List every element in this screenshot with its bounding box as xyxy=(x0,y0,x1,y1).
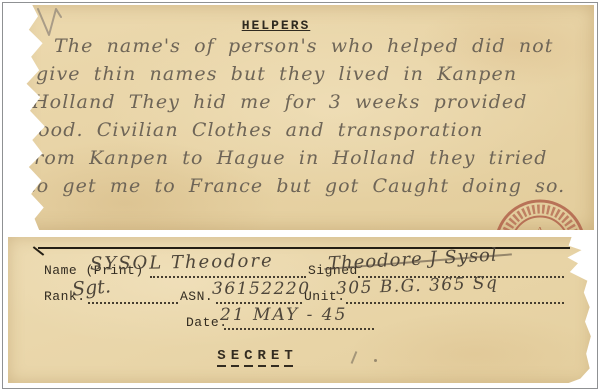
declassification-stamp-icon: A xyxy=(490,195,590,230)
date-value: 21 MAY - 45 xyxy=(220,305,347,325)
date-dotted-line xyxy=(224,326,374,330)
statement-line: The name's of person's who helped did no… xyxy=(54,32,584,60)
classification-secret: SECRET xyxy=(155,348,355,367)
rank-dotted-line xyxy=(88,300,178,304)
statement-line: give thin names but they lived in Kanpen xyxy=(36,60,584,88)
statement-line: from Kanpen to Hague in Holland they tir… xyxy=(26,144,584,172)
pencil-dot-mark xyxy=(374,359,377,362)
asn-value: 36152220 xyxy=(212,279,311,299)
asn-label: ASN. xyxy=(180,289,213,304)
rank-value: Sgt. xyxy=(71,275,112,300)
document-title: HELPERS xyxy=(22,18,562,33)
name-dotted-line xyxy=(150,274,306,278)
handwritten-statement: The name's of person's who helped did no… xyxy=(32,32,584,200)
scanned-document: HELPERS The name's of person's who helpe… xyxy=(0,0,600,391)
asn-dotted-line xyxy=(216,300,302,304)
signature-form-paper: Name (Print) Signed SYSOL Theodore Theod… xyxy=(8,237,592,383)
stamp-center-letter: A xyxy=(536,225,544,230)
statement-line: food. Civilian Clothes and transporation xyxy=(30,116,584,144)
helpers-note-paper: HELPERS The name's of person's who helpe… xyxy=(22,5,594,230)
unit-dotted-line xyxy=(346,300,564,304)
unit-value: 305 B.G. 365 Sq xyxy=(336,273,499,299)
statement-line: Holland They hid me for 3 weeks provided xyxy=(32,88,584,116)
signature-value: Theodore J Sysol xyxy=(328,245,499,275)
name-print-value: SYSOL Theodore xyxy=(90,250,274,274)
